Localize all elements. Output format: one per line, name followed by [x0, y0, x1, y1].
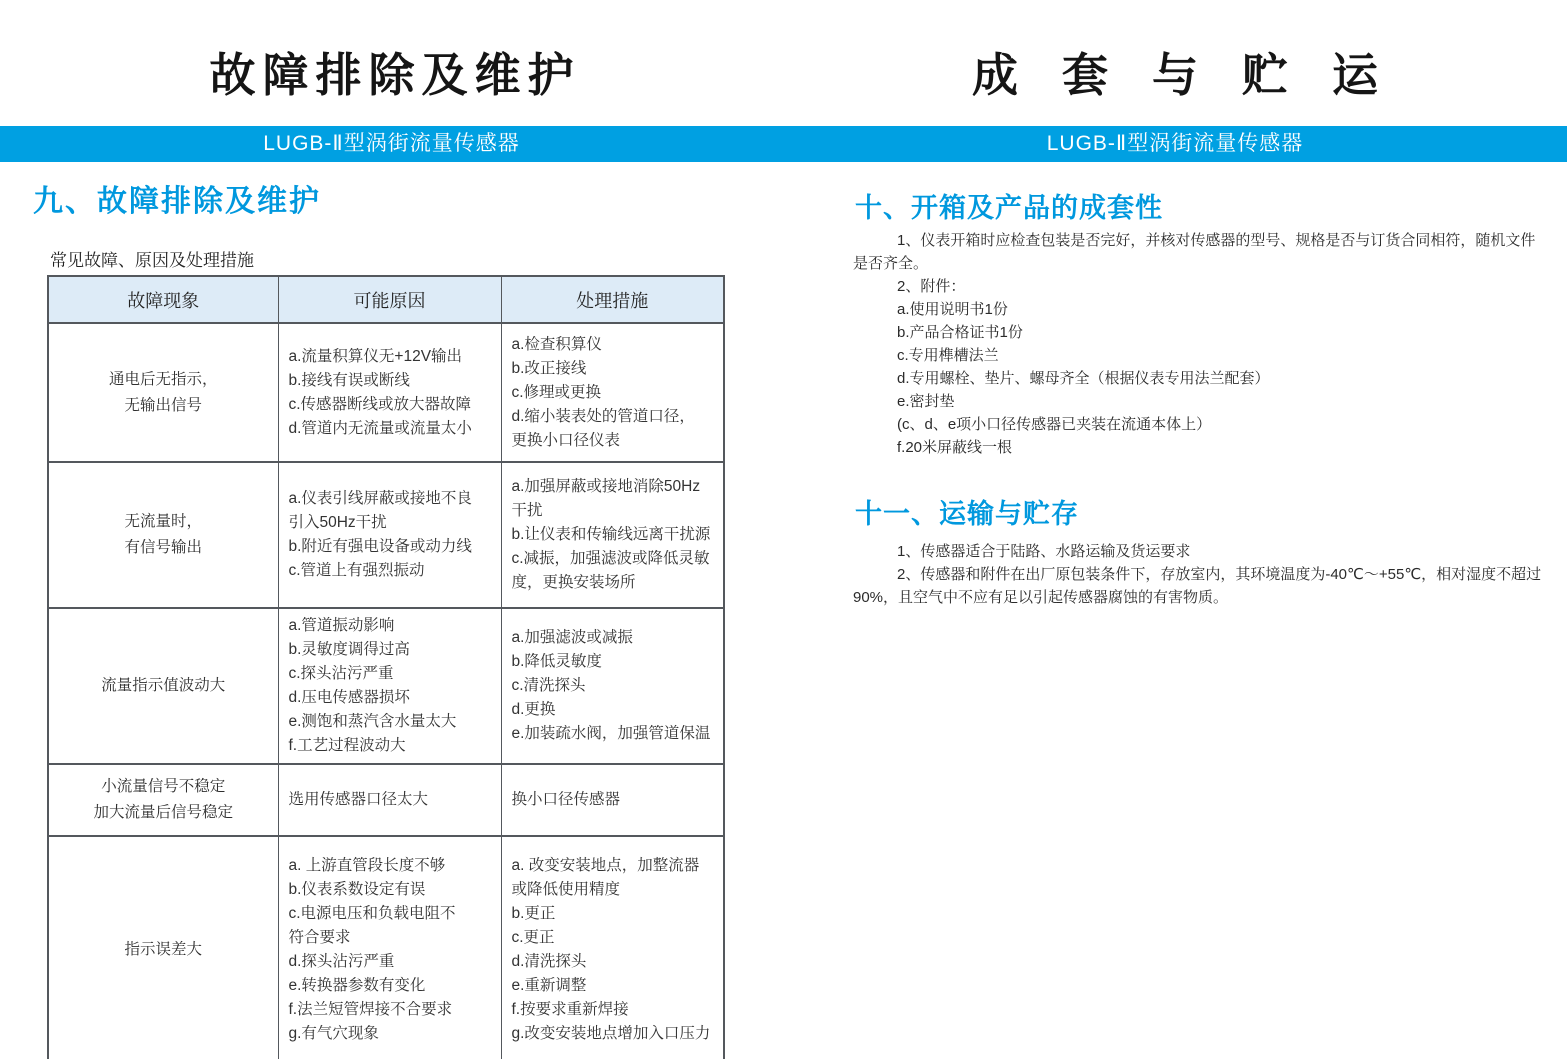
storage-paragraph: 2、传感器和附件在出厂原包装条件下，存放室内，其环境温度为-40℃～+55℃，相…	[853, 563, 1553, 609]
cell-cause: a.流量积算仪无+12V输出 b.接线有误或断线 c.传感器断线或放大器故障 d…	[278, 323, 501, 462]
cell-symptom: 无流量时， 有信号输出	[48, 462, 278, 608]
product-bar-label-left: LUGB-Ⅱ型涡街流量传感器	[0, 126, 783, 162]
unpacking-paragraph: 1、仪表开箱时应检查包装是否完好，并核对传感器的型号、规格是否与订货合同相符，随…	[853, 229, 1553, 275]
section-heading-transport-storage: 十一、运输与贮存	[855, 492, 1079, 531]
list-item: d.专用螺栓、垫片、螺母齐全（根据仪表专用法兰配套）	[853, 367, 1553, 390]
table-header-row: 故障现象 可能原因 处理措施	[48, 276, 724, 323]
cell-symptom: 小流量信号不稳定 加大流量后信号稳定	[48, 764, 278, 836]
page-title-left: 故障排除及维护	[0, 44, 783, 108]
product-bar-label-right: LUGB-Ⅱ型涡街流量传感器	[783, 126, 1567, 162]
cell-action: a.加强屏蔽或接地消除50Hz 干扰 b.让仪表和传输线远离干扰源 c.减振，加…	[501, 462, 724, 608]
header-action: 处理措施	[501, 276, 724, 323]
section-heading-troubleshooting: 九、故障排除及维护	[33, 176, 321, 220]
section-heading-unpacking: 十、开箱及产品的成套性	[855, 186, 1163, 225]
table-caption: 常见故障、原因及处理措施	[50, 246, 254, 271]
table-row: 无流量时， 有信号输出 a.仪表引线屏蔽或接地不良 引入50Hz干扰 b.附近有…	[48, 462, 724, 608]
section-transport-body: 1、传感器适合于陆路、水路运输及货运要求 2、传感器和附件在出厂原包装条件下，存…	[853, 540, 1553, 609]
page-title-right: 成套与贮运	[783, 44, 1567, 108]
header-cause: 可能原因	[278, 276, 501, 323]
cell-symptom: 指示误差大	[48, 836, 278, 1059]
list-item: 2、附件：	[853, 275, 1553, 298]
cell-cause: a. 上游直管段长度不够 b.仪表系数设定有误 c.电源电压和负载电阻不 符合要…	[278, 836, 501, 1059]
cell-symptom: 流量指示值波动大	[48, 608, 278, 764]
table-row: 指示误差大 a. 上游直管段长度不够 b.仪表系数设定有误 c.电源电压和负载电…	[48, 836, 724, 1059]
table-row: 通电后无指示， 无输出信号 a.流量积算仪无+12V输出 b.接线有误或断线 c…	[48, 323, 724, 462]
table-row: 小流量信号不稳定 加大流量后信号稳定 选用传感器口径太大 换小口径传感器	[48, 764, 724, 836]
table-row: 流量指示值波动大 a.管道振动影响 b.灵敏度调得过高 c.探头沾污严重 d.压…	[48, 608, 724, 764]
fault-table: 故障现象 可能原因 处理措施 通电后无指示， 无输出信号 a.流量积算仪无+12…	[47, 275, 725, 1059]
cell-action: a. 改变安装地点，加整流器 或降低使用精度 b.更正 c.更正 d.清洗探头 …	[501, 836, 724, 1059]
section-unpacking-body: 1、仪表开箱时应检查包装是否完好，并核对传感器的型号、规格是否与订货合同相符，随…	[853, 229, 1553, 459]
list-item: e.密封垫	[853, 390, 1553, 413]
list-item: c.专用榫槽法兰	[853, 344, 1553, 367]
header-symptom: 故障现象	[48, 276, 278, 323]
list-item: b.产品合格证书1份	[853, 321, 1553, 344]
list-item: (c、d、e项小口径传感器已夹装在流通本体上）	[853, 413, 1553, 436]
list-item: a.使用说明书1份	[853, 298, 1553, 321]
cell-cause: a.管道振动影响 b.灵敏度调得过高 c.探头沾污严重 d.压电传感器损坏 e.…	[278, 608, 501, 764]
manual-spread: 故障排除及维护 成套与贮运 LUGB-Ⅱ型涡街流量传感器 LUGB-Ⅱ型涡街流量…	[0, 0, 1567, 1059]
cell-action: 换小口径传感器	[501, 764, 724, 836]
cell-cause: a.仪表引线屏蔽或接地不良 引入50Hz干扰 b.附近有强电设备或动力线 c.管…	[278, 462, 501, 608]
cell-action: a.加强滤波或减振 b.降低灵敏度 c.清洗探头 d.更换 e.加装疏水阀，加强…	[501, 608, 724, 764]
product-bar: LUGB-Ⅱ型涡街流量传感器 LUGB-Ⅱ型涡街流量传感器	[0, 126, 1567, 162]
transport-line: 1、传感器适合于陆路、水路运输及货运要求	[853, 540, 1553, 563]
cell-cause: 选用传感器口径太大	[278, 764, 501, 836]
cell-action: a.检查积算仪 b.改正接线 c.修理或更换 d.缩小装表处的管道口径， 更换小…	[501, 323, 724, 462]
cell-symptom: 通电后无指示， 无输出信号	[48, 323, 278, 462]
list-item: f.20米屏蔽线一根	[853, 436, 1553, 459]
